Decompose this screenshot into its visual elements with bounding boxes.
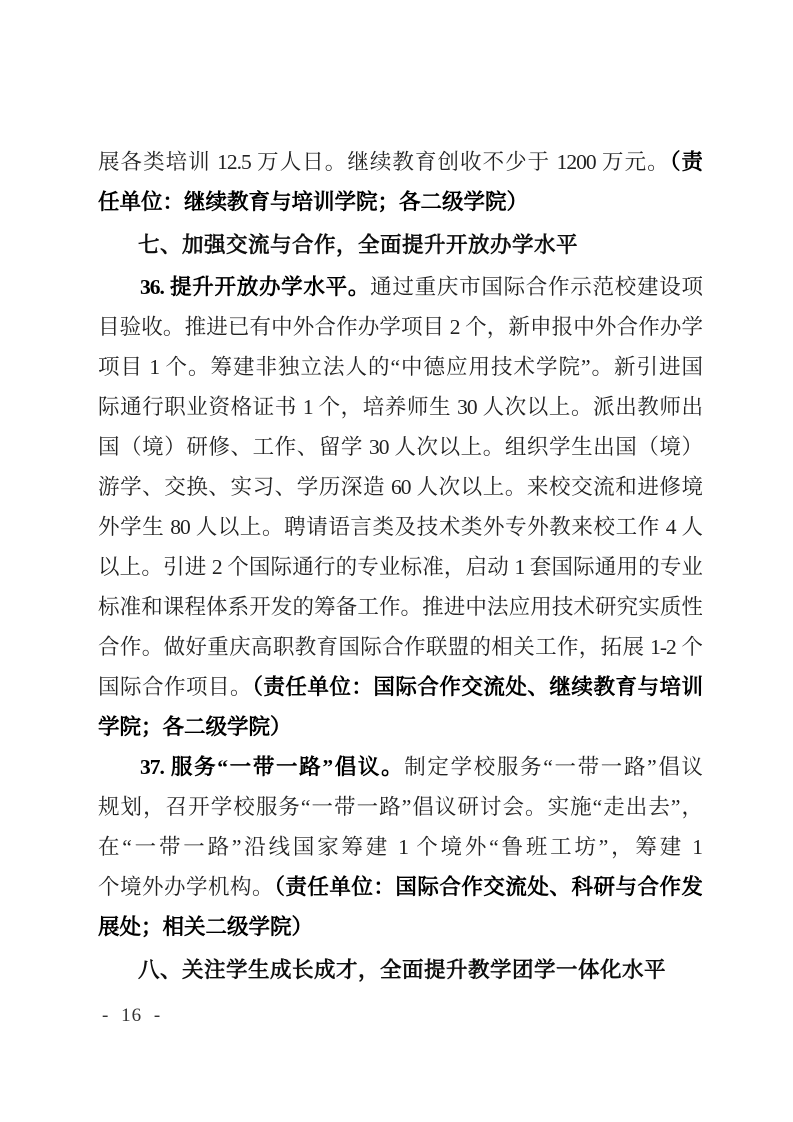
item-37-title: 37. 服务“一带一路”倡议。 [140, 755, 404, 779]
body-text: 规划，召开学校服务“一带一路”倡议研讨会。实施“走出去”， [98, 795, 702, 819]
body-text: 通过重庆市国际合作示范校建设项 [370, 275, 702, 299]
body-line: 游学、交换、实习、学历深造 60 人次以上。来校交流和进修境 [98, 467, 702, 507]
body-line: 项目 1 个。筹建非独立法人的“中德应用技术学院”。新引进国 [98, 347, 702, 387]
para-continuation-line: 展各类培训 12.5 万人日。继续教育创收不少于 1200 万元。（责 [98, 142, 702, 182]
responsibility-unit-text: 展处；相关二级学院） [98, 915, 313, 939]
body-text: 合作。做好重庆高职教育国际合作联盟的相关工作，拓展 1-2 个 [98, 635, 702, 659]
body-line: 标准和课程体系开发的筹备工作。推进中法应用技术研究实质性 [98, 587, 702, 627]
body-line: 国（境）研修、工作、留学 30 人次以上。组织学生出国（境） [98, 427, 702, 467]
body-line: 合作。做好重庆高职教育国际合作联盟的相关工作，拓展 1-2 个 [98, 627, 702, 667]
responsibility-unit-text: 学院；各二级学院） [98, 715, 292, 739]
body-text: 在“一带一路”沿线国家筹建 1 个境外“鲁班工坊”，筹建 1 [98, 835, 702, 859]
responsibility-unit-line: 学院；各二级学院） [98, 707, 702, 747]
page-number: - 16 - [102, 1003, 161, 1029]
section-heading-text: 七、加强交流与合作，全面提升开放办学水平 [138, 233, 578, 257]
item-36-lead-line: 36. 提升开放办学水平。通过重庆市国际合作示范校建设项 [98, 267, 702, 307]
responsibility-unit-text: （责 [670, 150, 702, 174]
body-line-with-responsibility: 个境外办学机构。（责任单位：国际合作交流处、科研与合作发 [98, 867, 702, 907]
body-line: 际通行职业资格证书 1 个，培养师生 30 人次以上。派出教师出 [98, 387, 702, 427]
body-text: 个境外办学机构。 [98, 875, 274, 899]
body-text: 外学生 80 人以上。聘请语言类及技术类外专外教来校工作 4 人 [98, 515, 702, 539]
item-37-lead-line: 37. 服务“一带一路”倡议。制定学校服务“一带一路”倡议 [98, 747, 702, 787]
body-text: 目验收。推进已有中外合作办学项目 2 个，新申报中外合作办学 [98, 315, 702, 339]
responsibility-unit-text: （责任单位：国际合作交流处、继续教育与培训 [252, 675, 702, 699]
item-36-title: 36. 提升开放办学水平。 [140, 275, 370, 299]
document-page: 展各类培训 12.5 万人日。继续教育创收不少于 1200 万元。（责 任单位：… [0, 0, 793, 1122]
body-line: 在“一带一路”沿线国家筹建 1 个境外“鲁班工坊”，筹建 1 [98, 827, 702, 867]
body-text: 展各类培训 12.5 万人日。继续教育创收不少于 1200 万元。 [98, 150, 670, 174]
responsibility-unit-text: 任单位：继续教育与培训学院；各二级学院） [98, 190, 528, 214]
body-text: 以上。引进 2 个国际通行的专业标准，启动 1 套国际通用的专业 [98, 555, 702, 579]
body-line-with-responsibility: 国际合作项目。（责任单位：国际合作交流处、继续教育与培训 [98, 667, 702, 707]
responsibility-unit-text: （责任单位：国际合作交流处、科研与合作发 [274, 875, 702, 899]
body-line: 目验收。推进已有中外合作办学项目 2 个，新申报中外合作办学 [98, 307, 702, 347]
document-body: 展各类培训 12.5 万人日。继续教育创收不少于 1200 万元。（责 任单位：… [98, 142, 702, 992]
body-text: 国（境）研修、工作、留学 30 人次以上。组织学生出国（境） [98, 435, 702, 459]
body-line: 以上。引进 2 个国际通行的专业标准，启动 1 套国际通用的专业 [98, 547, 702, 587]
section-heading-seven: 七、加强交流与合作，全面提升开放办学水平 [98, 225, 702, 265]
body-line: 规划，召开学校服务“一带一路”倡议研讨会。实施“走出去”， [98, 787, 702, 827]
responsibility-unit-line: 展处；相关二级学院） [98, 907, 702, 947]
body-text: 制定学校服务“一带一路”倡议 [404, 755, 702, 779]
body-text: 游学、交换、实习、学历深造 60 人次以上。来校交流和进修境 [98, 475, 702, 499]
body-text: 际通行职业资格证书 1 个，培养师生 30 人次以上。派出教师出 [98, 395, 702, 419]
section-heading-text: 八、关注学生成长成才，全面提升教学团学一体化水平 [138, 958, 666, 982]
body-text: 标准和课程体系开发的筹备工作。推进中法应用技术研究实质性 [98, 595, 702, 619]
body-text: 项目 1 个。筹建非独立法人的“中德应用技术学院”。新引进国 [98, 355, 702, 379]
responsibility-unit-line: 任单位：继续教育与培训学院；各二级学院） [98, 182, 702, 222]
section-heading-eight: 八、关注学生成长成才，全面提升教学团学一体化水平 [98, 950, 702, 990]
body-line: 外学生 80 人以上。聘请语言类及技术类外专外教来校工作 4 人 [98, 507, 702, 547]
body-text: 国际合作项目。 [98, 675, 252, 699]
